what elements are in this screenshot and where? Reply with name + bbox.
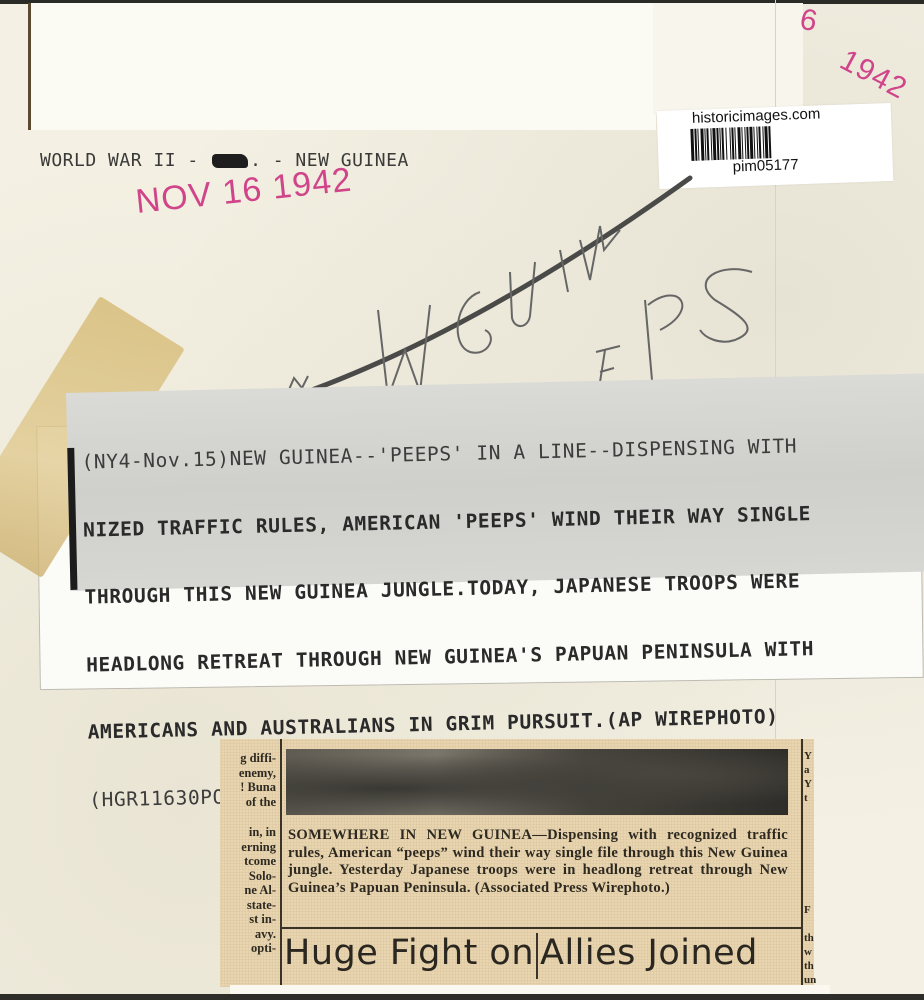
column-fragment: ne Al- [220,883,276,898]
headline-left: Huge Fight on [284,933,534,973]
wire-line: THROUGH THIS NEW GUINEA JUNGLE.TODAY, JA… [84,567,924,609]
column-fragment: avy. [220,927,276,942]
column-fragment: enemy, [220,766,276,781]
column-rule-right [801,739,803,987]
column-fragment: erning [220,840,276,855]
column-fragment: opti- [220,941,276,956]
top-right-sheet [653,3,803,115]
clip-photo [286,749,788,815]
caption-header-left: WORLD WAR II - [40,150,199,171]
column-fragment: Y [804,777,816,791]
column-fragment [804,833,816,847]
column-fragment: Solo- [220,869,276,884]
column-fragment [804,805,816,819]
wire-line: AMERICANS AND AUSTRALIANS IN GRIM PURSUI… [87,702,924,744]
column-rule [280,739,282,987]
column-fragment: state- [220,898,276,913]
barcode-icon [690,123,849,160]
caption-header: WORLD WAR II - . - NEW GUINEA [40,150,409,171]
column-fragment [804,917,816,931]
headline-right: Allies Joined [540,933,758,973]
archive-label: historicimages.com pim05177 [657,103,894,189]
column-fragment: F [804,903,816,917]
wirephoto-caption-strip: (NY4-Nov.15)NEW GUINEA--'PEEPS' IN A LIN… [66,374,924,591]
wire-line: (NY4-Nov.15)NEW GUINEA--'PEEPS' IN A LIN… [81,433,924,475]
column-fragment: t [804,791,816,805]
column-fragment: w [804,945,816,959]
archive-site: historicimages.com [692,105,821,126]
redaction-mark [212,154,248,168]
clip-right-column: YaYt F thwthun [804,749,816,987]
column-fragment: g diffi- [220,751,276,766]
bottom-edge [0,994,924,1000]
column-fragment: tcome [220,854,276,869]
clip-caption: SOMEWHERE IN NEW GUINEA—Dispensing with … [288,827,788,897]
column-fragment: a [804,763,816,777]
column-fragment: ! Buna [220,780,276,795]
headline-divider [536,933,538,979]
top-attached-sheet [28,3,656,130]
column-fragment [804,847,816,861]
column-fragment [804,889,816,903]
newspaper-clipping: g diffi-enemy,! Bunaof thein, inerningtc… [220,739,814,987]
column-fragment [804,875,816,889]
column-fragment: of the [220,795,276,810]
column-fragment: th [804,931,816,945]
wire-line: NIZED TRAFFIC RULES, AMERICAN 'PEEPS' WI… [83,500,924,542]
clip-left-column: g diffi-enemy,! Bunaof thein, inerningtc… [220,751,276,956]
column-fragment: in, in [220,825,276,840]
column-fragment [804,819,816,833]
column-fragment: Y [804,749,816,763]
column-fragment [804,861,816,875]
column-fragment: th [804,959,816,973]
wire-line: HEADLONG RETREAT THROUGH NEW GUINEA'S PA… [86,635,924,677]
archive-item-id: pim05177 [732,156,798,175]
column-fragment: st in- [220,912,276,927]
clip-rule [282,927,801,929]
